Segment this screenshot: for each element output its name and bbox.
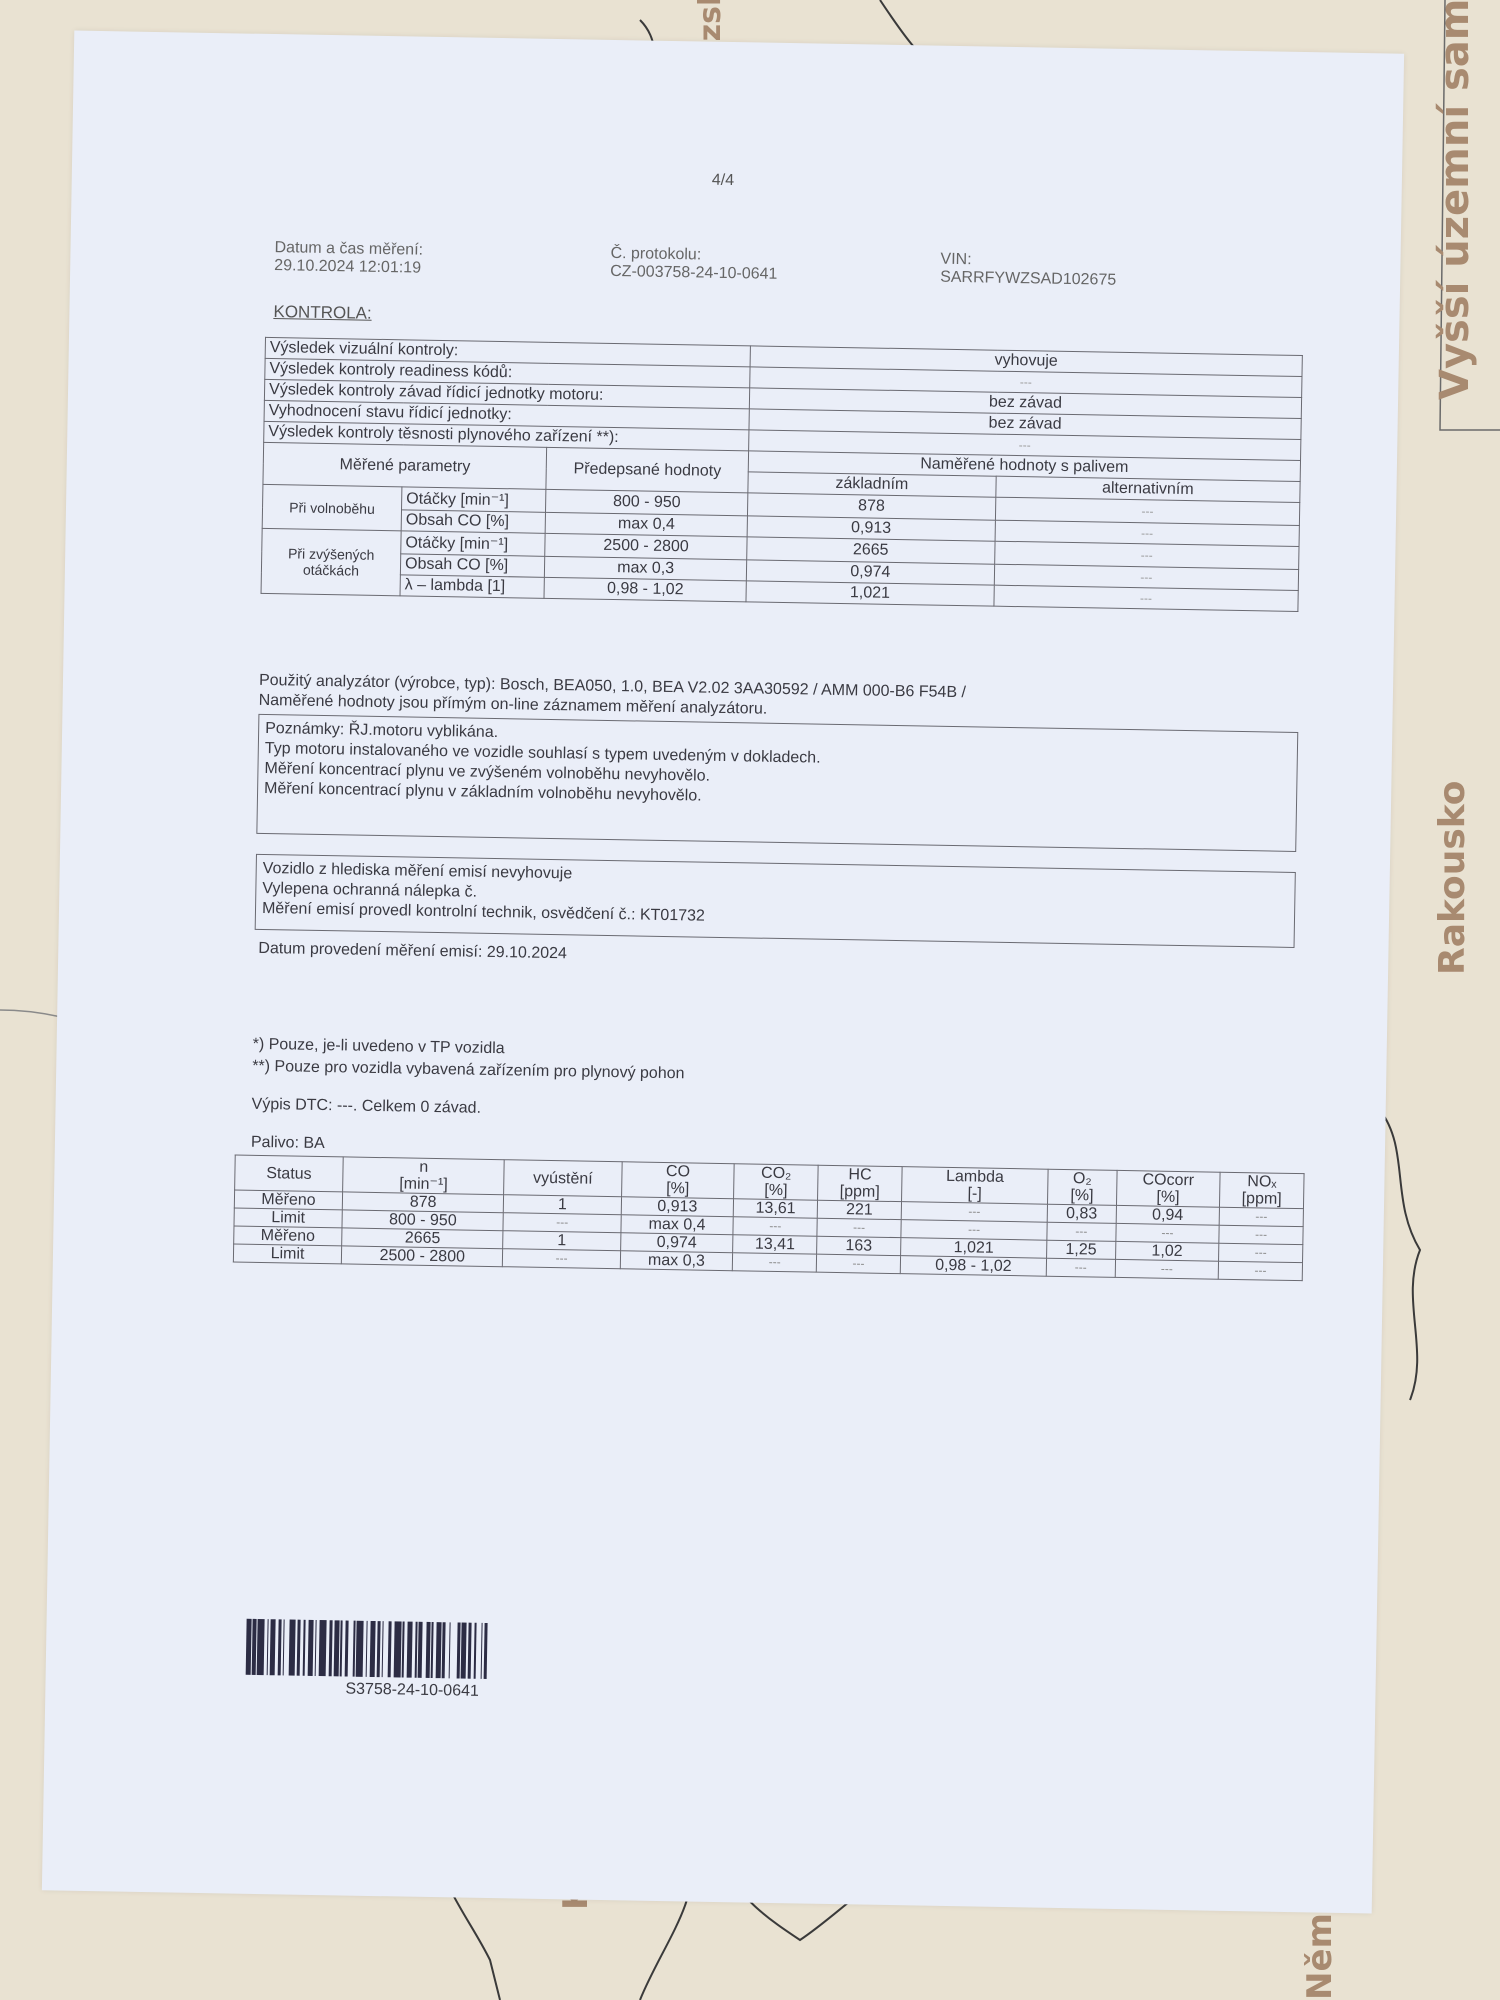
section-title: KONTROLA: xyxy=(273,302,372,324)
results-header: CO[%] xyxy=(621,1162,734,1199)
results-cell: 0,98 - 1,02 xyxy=(900,1256,1046,1277)
map-label-region: Vyšší územní samo xyxy=(1432,0,1478,400)
dtc-summary: Výpis DTC: ---. Celkem 0 závad. xyxy=(251,1096,481,1118)
results-cell: 163 xyxy=(817,1236,901,1255)
vin-value: SARRFYWZSAD102675 xyxy=(940,269,1116,290)
protocol-number: Č. protokolu: CZ-003758-24-10-0641 xyxy=(610,245,778,284)
footnotes: *) Pouze, je-li uvedeno v TP vozidla **)… xyxy=(252,1034,685,1086)
results-cell: 1,02 xyxy=(1115,1241,1219,1261)
results-table: Statusn[min⁻¹]vyústěníCO[%]CO₂[%]HC[ppm]… xyxy=(233,1155,1305,1282)
results-cell: Limit xyxy=(233,1244,341,1264)
results-cell: 2500 - 2800 xyxy=(341,1246,503,1267)
results-header: O₂[%] xyxy=(1048,1169,1117,1205)
results-cell: max 0,3 xyxy=(620,1251,733,1271)
param-name: Obsah CO [%] xyxy=(400,554,545,578)
results-cell: --- xyxy=(817,1218,901,1237)
prescribed-value: 2500 - 2800 xyxy=(545,533,747,560)
verdict-box: Vozidlo z hlediska měření emisí nevyhovu… xyxy=(255,854,1296,948)
results-cell: --- xyxy=(503,1213,621,1233)
map-label-rakousko: Rakousko xyxy=(1432,781,1473,975)
barcode xyxy=(246,1619,657,1682)
results-header: Lambda[-] xyxy=(901,1167,1048,1205)
control-table: Výsledek vizuální kontroly:vyhovujeVýsle… xyxy=(261,337,1303,612)
results-cell: 13,41 xyxy=(733,1235,817,1254)
param-name: Obsah CO [%] xyxy=(401,510,546,534)
results-cell: 0,913 xyxy=(621,1197,734,1217)
results-cell: 13,61 xyxy=(734,1199,818,1218)
results-cell: Limit xyxy=(234,1208,342,1228)
results-cell: --- xyxy=(1218,1261,1302,1280)
results-cell: Měřeno xyxy=(234,1190,342,1210)
group-label: Při volnoběhu xyxy=(262,484,402,530)
notes-box: Poznámky: ŘJ.motoru vyblikána. Typ motor… xyxy=(256,714,1298,852)
vin: VIN: SARRFYWZSAD102675 xyxy=(940,251,1117,290)
header-params: Měřené parametry xyxy=(263,442,547,489)
results-cell: --- xyxy=(1046,1258,1115,1277)
results-cell: --- xyxy=(816,1254,900,1273)
results-cell: --- xyxy=(1115,1223,1219,1243)
results-header: CO₂[%] xyxy=(734,1164,818,1200)
results-cell: 1 xyxy=(503,1231,621,1251)
results-cell: --- xyxy=(1219,1225,1303,1244)
group-label: Při zvýšených otáčkách xyxy=(261,528,401,595)
protocol-value: CZ-003758-24-10-0641 xyxy=(610,263,778,284)
results-cell: 0,83 xyxy=(1047,1204,1116,1223)
results-cell: --- xyxy=(1047,1222,1116,1241)
results-cell: 1,25 xyxy=(1047,1240,1116,1259)
results-cell: --- xyxy=(1219,1243,1303,1262)
results-cell: 1 xyxy=(504,1195,622,1215)
results-header: NOₓ[ppm] xyxy=(1220,1172,1304,1208)
emission-date: Datum provedení měření emisí: 29.10.2024 xyxy=(258,940,567,963)
results-header: vyústění xyxy=(504,1160,622,1197)
measurement-datetime: Datum a čas měření: 29.10.2024 12:01:19 xyxy=(274,239,423,278)
results-cell: 0,94 xyxy=(1116,1205,1220,1225)
results-cell: 0,974 xyxy=(620,1233,733,1253)
results-cell: --- xyxy=(1219,1207,1303,1226)
results-cell: max 0,4 xyxy=(621,1215,734,1235)
basic-value: 1,021 xyxy=(746,581,994,606)
results-cell: 221 xyxy=(817,1200,901,1219)
param-name: Otáčky [min⁻¹] xyxy=(402,487,547,513)
alt-value: --- xyxy=(994,585,1299,611)
results-cell: --- xyxy=(733,1253,817,1272)
date-value: 29.10.2024 12:01:19 xyxy=(274,257,423,278)
prescribed-value: 0,98 - 1,02 xyxy=(544,577,746,602)
results-cell: --- xyxy=(733,1217,817,1236)
barcode-text: S3758-24-10-0641 xyxy=(345,1681,479,1701)
results-header: COcorr[%] xyxy=(1116,1170,1220,1207)
protocol-sheet: 4/4 Datum a čas měření: 29.10.2024 12:01… xyxy=(42,31,1404,1914)
param-name: λ – lambda [1] xyxy=(400,575,545,599)
fuel-type: Palivo: BA xyxy=(251,1134,325,1153)
results-cell: --- xyxy=(1115,1259,1219,1279)
results-header: HC[ppm] xyxy=(818,1165,902,1201)
results-cell: Měřeno xyxy=(234,1226,342,1246)
results-cell: --- xyxy=(503,1249,621,1269)
param-name: Otáčky [min⁻¹] xyxy=(401,531,546,557)
page-number: 4/4 xyxy=(712,172,735,190)
results-header: Status xyxy=(235,1155,344,1192)
header-prescribed: Předepsané hodnoty xyxy=(546,447,748,493)
results-header: n[min⁻¹] xyxy=(343,1157,505,1195)
